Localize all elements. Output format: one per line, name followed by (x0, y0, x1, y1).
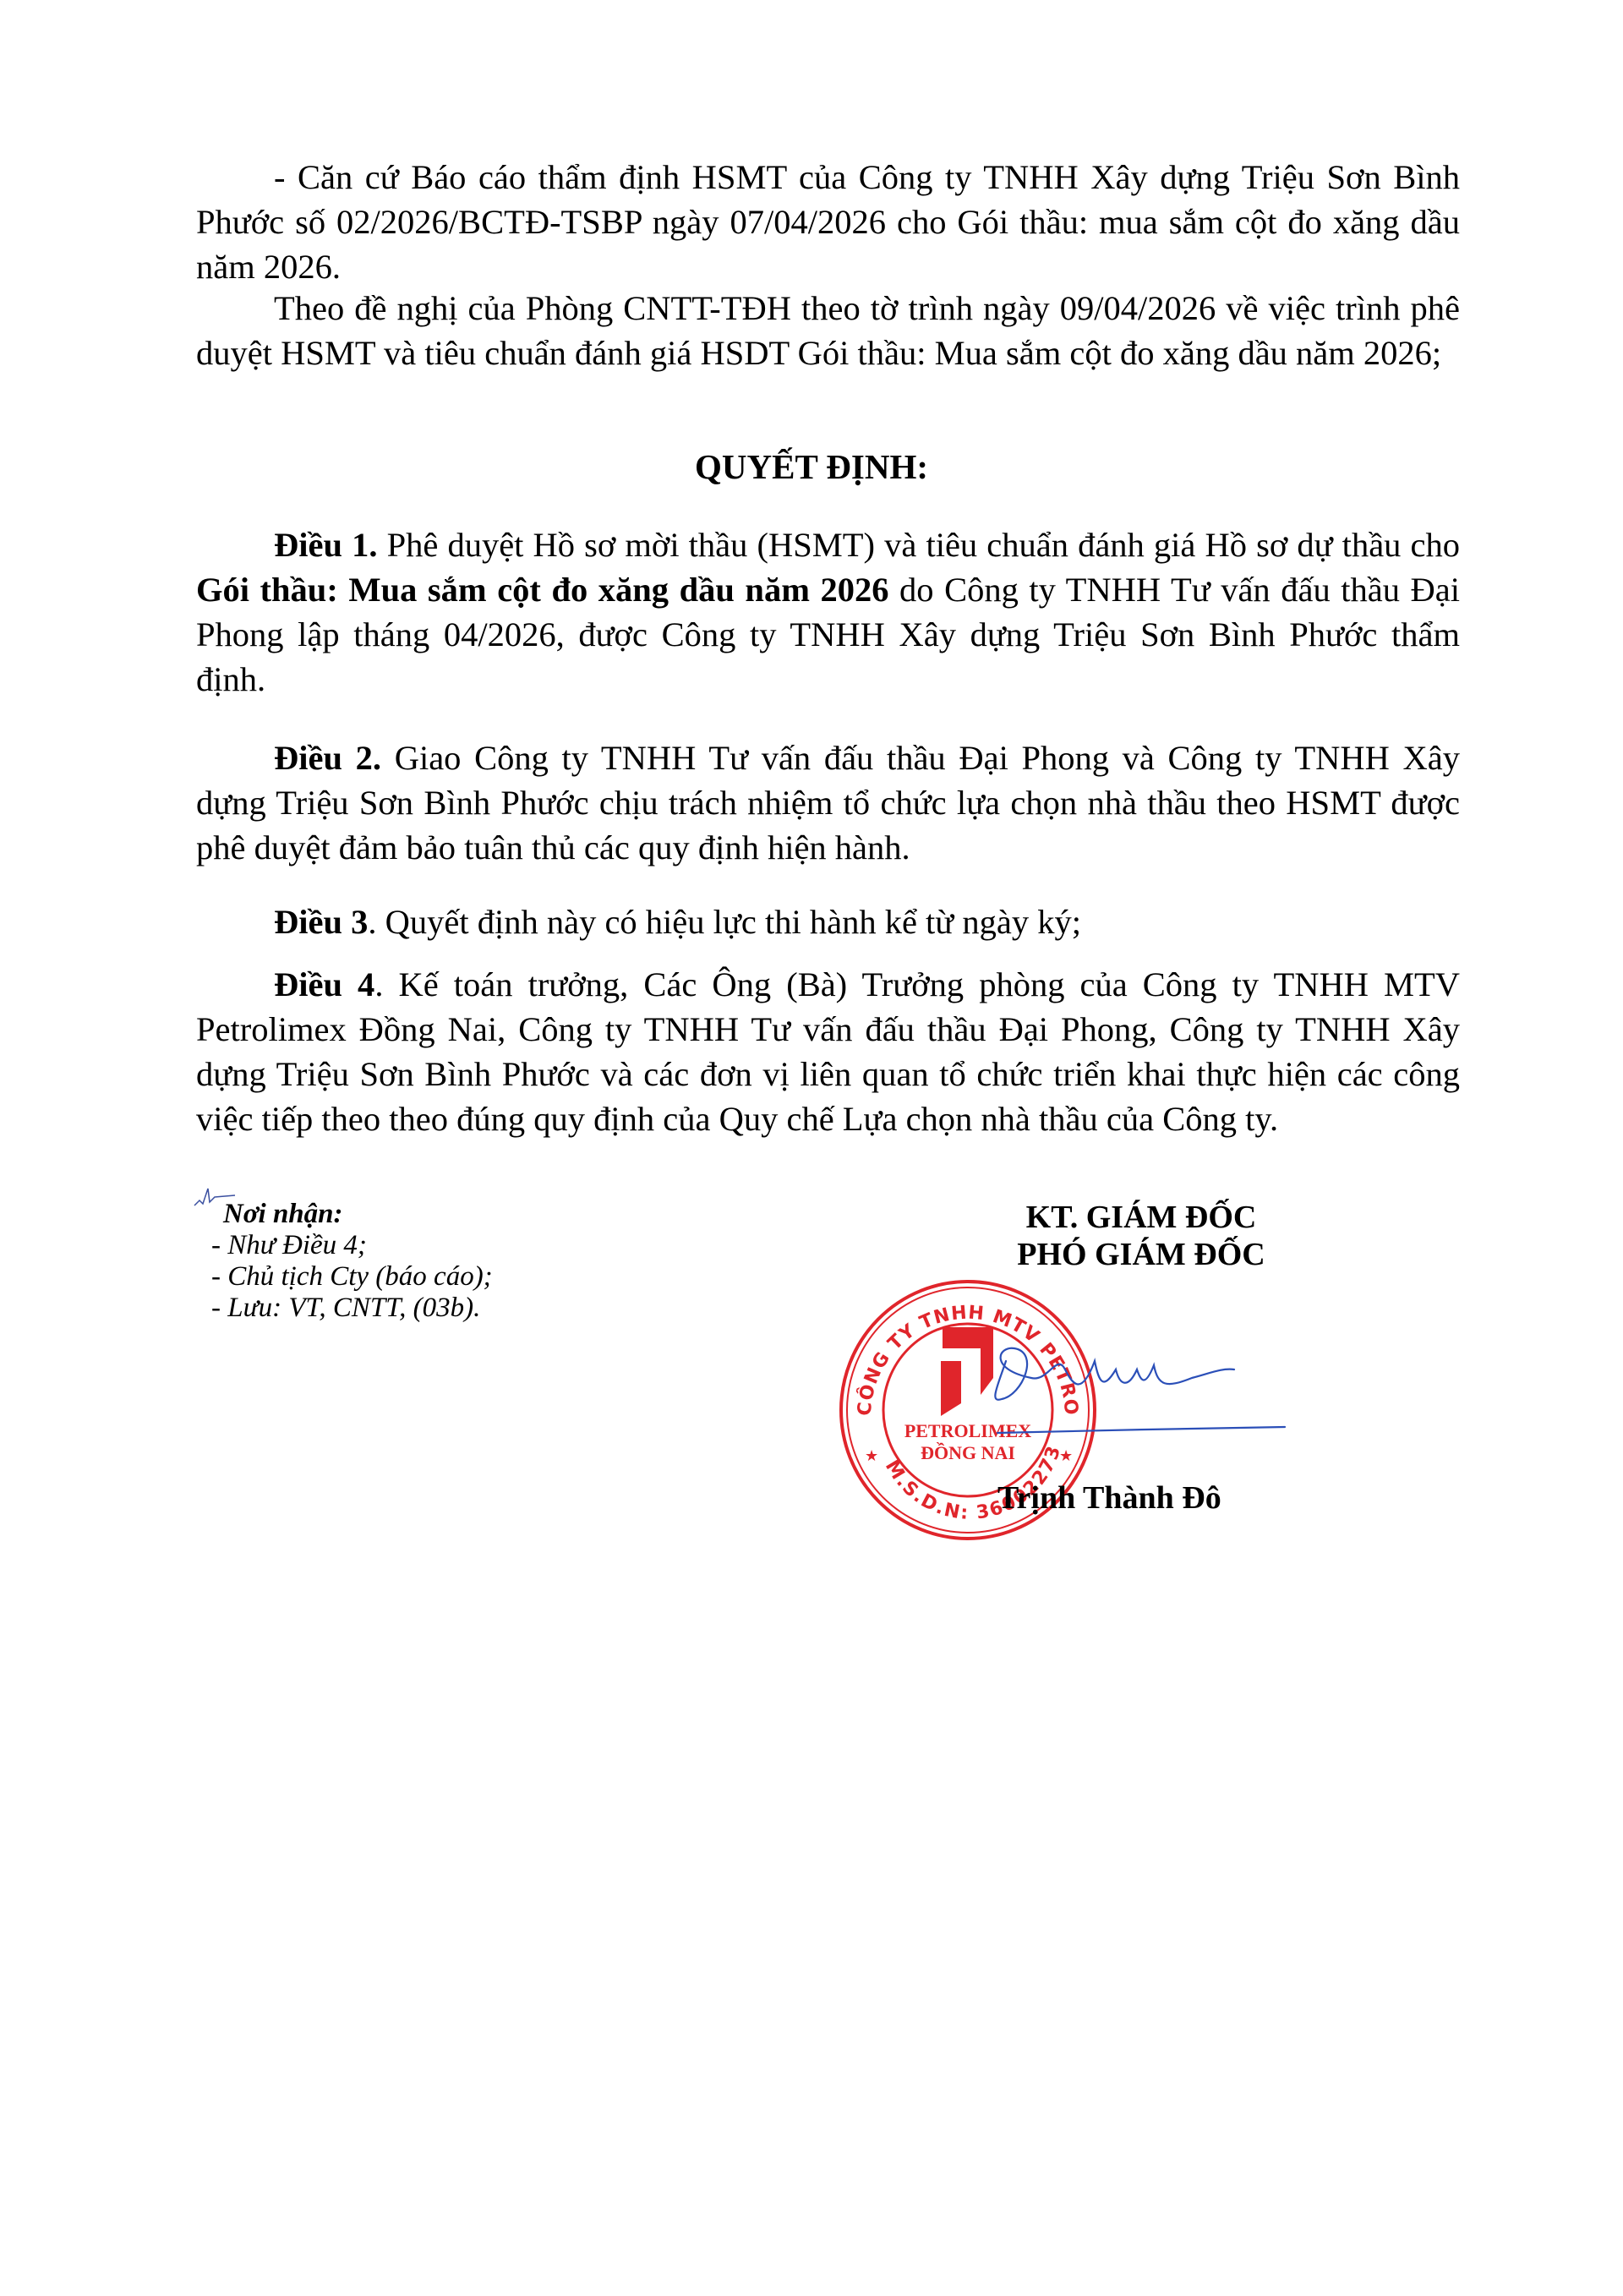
signer-name: Trịnh Thành Đô (997, 1479, 1221, 1517)
preamble-paragraph-1: - Căn cứ Báo cáo thẩm định HSMT của Công… (196, 155, 1460, 289)
document-page: - Căn cứ Báo cáo thẩm định HSMT của Công… (0, 0, 1623, 2296)
recipient-item: - Lưu: VT, CNTT, (03b). (211, 1293, 493, 1324)
handwritten-signature-icon (981, 1336, 1319, 1462)
recipients-block: Nơi nhận: - Như Điều 4; - Chủ tịch Cty (… (211, 1199, 493, 1324)
article-4-label: Điều 4 (274, 965, 374, 1003)
preamble-paragraph-2: Theo đề nghị của Phòng CNTT-TĐH theo tờ … (196, 286, 1460, 375)
article-1: Điều 1. Phê duyệt Hồ sơ mời thầu (HSMT) … (196, 522, 1460, 702)
recipients-header: Nơi nhận: (223, 1199, 493, 1230)
article-4: Điều 4. Kế toán trưởng, Các Ông (Bà) Trư… (196, 962, 1460, 1141)
decision-title: QUYẾT ĐỊNH: (0, 446, 1623, 487)
svg-text:★: ★ (865, 1447, 878, 1464)
article-2: Điều 2. Giao Công ty TNHH Tư vấn đấu thầ… (196, 735, 1460, 870)
article-3-label: Điều 3 (274, 903, 368, 941)
article-3: Điều 3. Quyết định này có hiệu lực thi h… (196, 899, 1460, 944)
signature-title-line1: KT. GIÁM ĐỐC (904, 1199, 1378, 1236)
package-name: Gói thầu: Mua sắm cột đo xăng dầu năm 20… (196, 571, 888, 609)
recipient-item: - Chủ tịch Cty (báo cáo); (211, 1261, 493, 1293)
article-1-label: Điều 1. (274, 526, 377, 564)
signature-title-block: KT. GIÁM ĐỐC PHÓ GIÁM ĐỐC (904, 1199, 1378, 1273)
recipient-item: - Như Điều 4; (211, 1230, 493, 1261)
article-2-label: Điều 2. (274, 739, 381, 777)
